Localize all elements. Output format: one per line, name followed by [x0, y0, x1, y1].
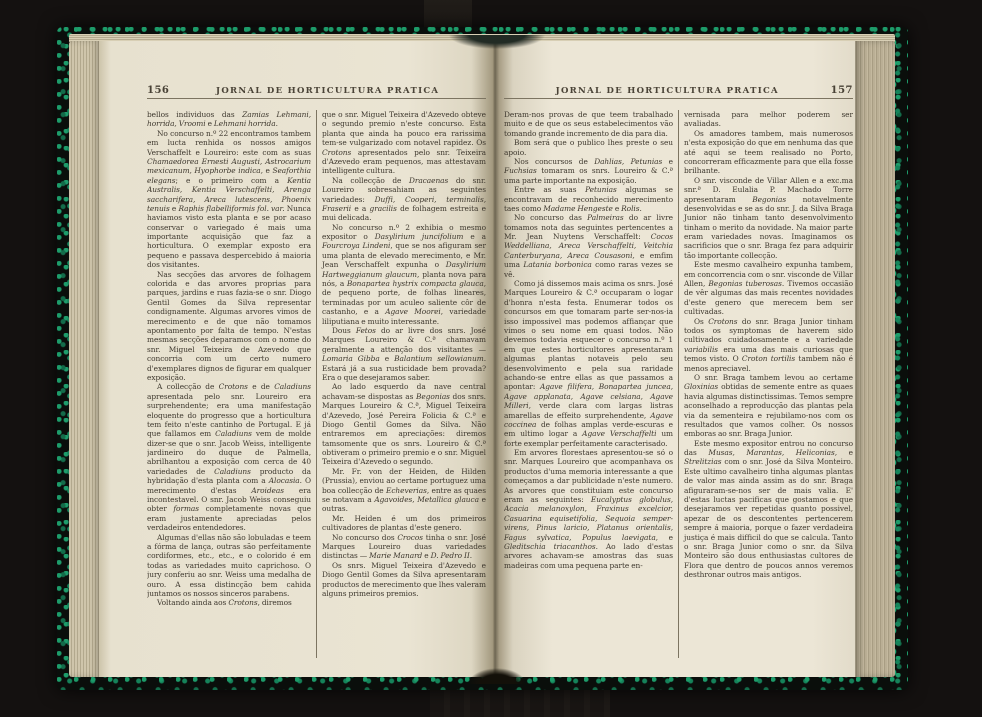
right-page-header: JORNAL DE HORTICULTURA PRATICA 157 — [504, 85, 853, 99]
left-page-columns: bellos individuos das Zamias Lehmani, ho… — [147, 110, 486, 658]
paragraph: Na collecção de Dracaenas do snr. Lourei… — [322, 176, 486, 223]
gutter-top-shadow — [435, 35, 559, 61]
right-page: JORNAL DE HORTICULTURA PRATICA 157 Deram… — [495, 41, 855, 677]
paragraph: Algumas d'ellas não são lobuladas e teem… — [147, 533, 311, 599]
paragraph: Este mesmo expositor entrou no concurso … — [684, 439, 853, 580]
paragraph: Nas secções das arvores de folhagem colo… — [147, 270, 311, 383]
paragraph: Os amadores tambem, mais numerosos n'est… — [684, 129, 853, 176]
paragraph: bellos individuos das Zamias Lehmani, ho… — [147, 110, 311, 129]
paragraph: Como já dissemos mais acima os snrs. Jos… — [504, 279, 673, 448]
paragraph: Em arvores florestaes apresentou-se só o… — [504, 448, 673, 570]
paragraph: No concurso n.º 2 exhibia o mesmo exposi… — [322, 223, 486, 326]
right-running-title: JORNAL DE HORTICULTURA PRATICA — [504, 86, 831, 96]
left-page-header: 156 JORNAL DE HORTICULTURA PRATICA — [147, 85, 486, 99]
paragraph: O snr. Braga tambem levou ao certame Glo… — [684, 373, 853, 439]
left-page: 156 JORNAL DE HORTICULTURA PRATICA bello… — [99, 41, 495, 677]
paragraph: O snr. visconde de Villar Allen e a exc.… — [684, 176, 853, 261]
left-fore-edge-stack — [69, 41, 99, 677]
paragraph: Os snrs. Miguel Teixeira d'Azevedo e Dio… — [322, 561, 486, 599]
left-running-title: JORNAL DE HORTICULTURA PRATICA — [169, 86, 486, 96]
paragraph: Mr. Fr. von der Heiden, de Hilden (Pruss… — [322, 467, 486, 514]
paragraph: Nos concursos de Dahlias, Petunias e Fuc… — [504, 157, 673, 185]
right-page-column-2: vernisada para melhor poderem ser avalia… — [678, 110, 853, 658]
left-page-column-2: que o snr. Miguel Teixeira d'Azevedo obt… — [316, 110, 486, 658]
left-page-column-1: bellos individuos das Zamias Lehmani, ho… — [147, 110, 316, 658]
paragraph: No concurso n.º 22 encontramos tambem em… — [147, 129, 311, 270]
right-page-column-1: Deram-nos provas de que teem trabalhado … — [504, 110, 678, 658]
paragraph: vernisada para melhor poderem ser avalia… — [684, 110, 853, 129]
paragraph: No concurso dos Crocos tinha o snr. José… — [322, 533, 486, 561]
paragraph: A collecção de Crotons e de Caladiuns ap… — [147, 382, 311, 532]
right-page-columns: Deram-nos provas de que teem trabalhado … — [504, 110, 853, 658]
paragraph: Dous Fetos do ar livre dos snrs. José Ma… — [322, 326, 486, 382]
paragraph: Este mesmo cavalheiro expunha tambem, em… — [684, 260, 853, 316]
open-book-pages: 156 JORNAL DE HORTICULTURA PRATICA bello… — [69, 41, 895, 677]
book-cover: 156 JORNAL DE HORTICULTURA PRATICA bello… — [57, 27, 908, 690]
right-fore-edge-stack — [855, 41, 895, 677]
left-page-number: 156 — [147, 85, 169, 96]
paragraph: Ao lado esquerdo da nave central achavam… — [322, 382, 486, 467]
paragraph: No concurso das Palmeiras do ar livre to… — [504, 213, 673, 279]
paragraph: Deram-nos provas de que teem trabalhado … — [504, 110, 673, 138]
paragraph: Mr. Heiden é um dos primeiros cultivador… — [322, 514, 486, 533]
gutter-bottom-shadow — [461, 656, 533, 684]
right-page-number: 157 — [831, 85, 853, 96]
paragraph: Os Crotons do snr. Braga Junior tinham t… — [684, 317, 853, 373]
paragraph: Entre as suas Petunias algumas se encont… — [504, 185, 673, 213]
paragraph: Bom será que o publico lhes preste o seu… — [504, 138, 673, 157]
paragraph: Voltando ainda aos Crotons, diremos — [147, 598, 311, 607]
paragraph: que o snr. Miguel Teixeira d'Azevedo obt… — [322, 110, 486, 176]
